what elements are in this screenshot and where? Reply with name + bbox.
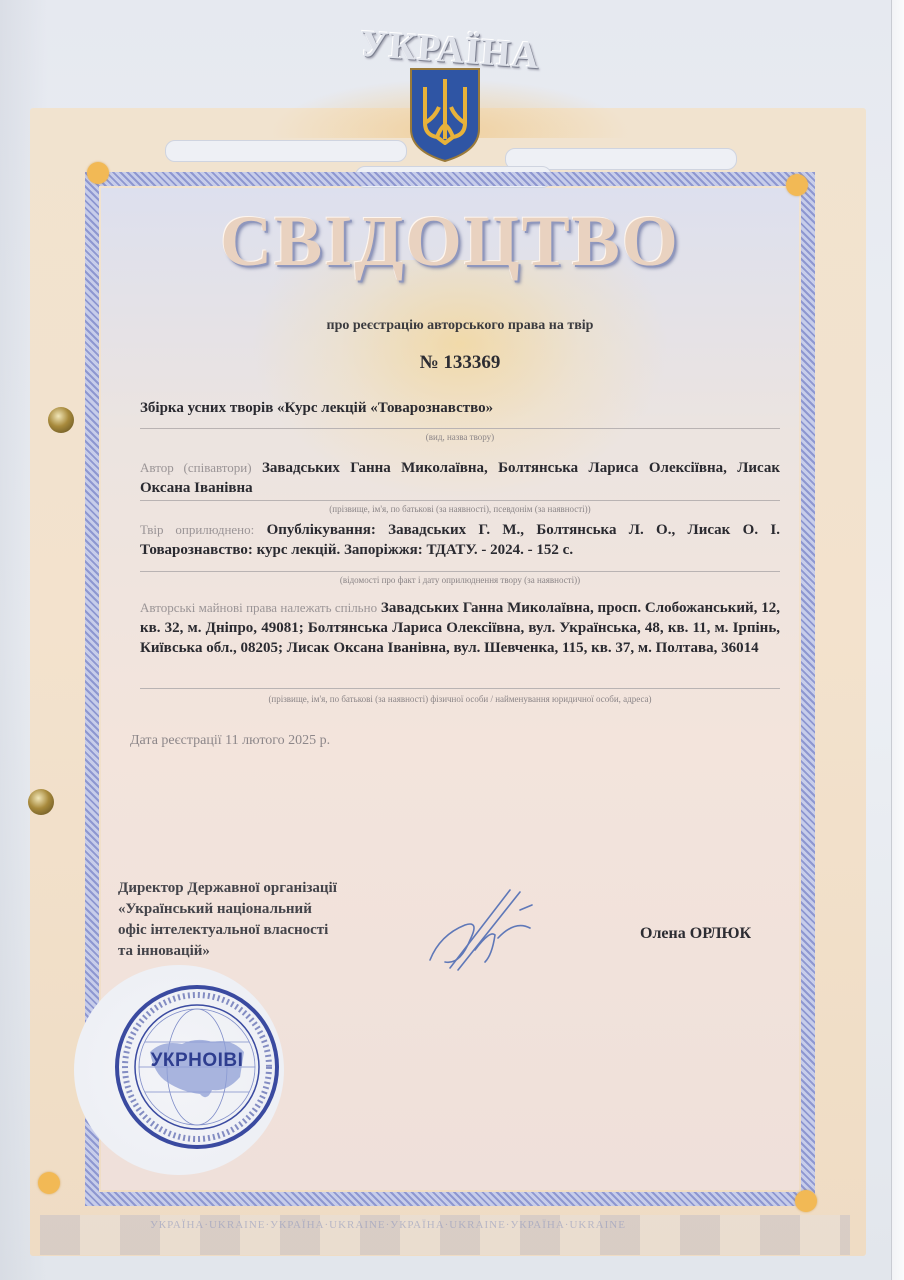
publication-label: Твір оприлюднено: [140,522,254,537]
certificate-number: № 133369 [300,352,620,374]
publication-field: Твір оприлюднено: Опублікування: Завадсь… [140,520,780,560]
authors-underline [140,500,780,501]
rights-holders-field: Авторські майнові права належать спільно… [140,598,780,658]
work-underline [140,428,780,429]
director-line: Директор Державної організації [118,878,418,899]
signer-name: Олена ОРЛЮК [640,925,751,943]
work-value: Збірка усних творів «Курс лекцій «Товаро… [140,400,493,416]
paper-edge [891,0,904,1280]
authors-label: Автор (співавтори) [140,460,252,475]
corner-ornament-bottom-right [795,1190,817,1212]
corner-ornament-top-right [786,174,808,196]
director-line: та інновацій» [118,941,418,962]
binding-rivet-bottom [28,789,54,815]
publication-underline [140,571,780,572]
certificate-title: СВІДОЦТВО [210,200,690,283]
seal-text: УКРНОІВІ [112,1050,282,1072]
work-field: Збірка усних творів «Курс лекцій «Товаро… [140,398,780,418]
director-line: «Український національний [118,899,418,920]
publication-caption: (відомості про факт і дату оприлюднення … [140,575,780,585]
work-caption: (вид, назва твору) [140,432,780,442]
rights-holders-underline [140,688,780,689]
rights-holders-label: Авторські майнові права належать спільно [140,600,377,615]
authors-caption: (прізвище, ім'я, по батькові (за наявнос… [140,504,780,514]
signature-icon [420,880,570,980]
corner-ornament-bottom-left [38,1172,60,1194]
binding-rivet-top [48,407,74,433]
coat-of-arms-icon [409,67,481,163]
director-title: Директор Державної організації «Українсь… [118,878,418,962]
certificate-subtitle: про реєстрацію авторського права на твір [200,318,720,334]
authors-field: Автор (співавтори) Завадських Ганна Мико… [140,458,780,498]
corner-ornament-top-left [87,162,109,184]
director-line: офіс інтелектуальної власності [118,920,418,941]
footer-band-text: УКРАЇНА·UKRAINE·УКРАЇНА·UKRAINE·УКРАЇНА·… [150,1219,626,1231]
registration-date: Дата реєстрації 11 лютого 2025 р. [130,733,330,749]
header-ribbon-left [165,140,407,162]
rights-holders-caption: (прізвище, ім'я, по батькові (за наявнос… [140,694,780,704]
